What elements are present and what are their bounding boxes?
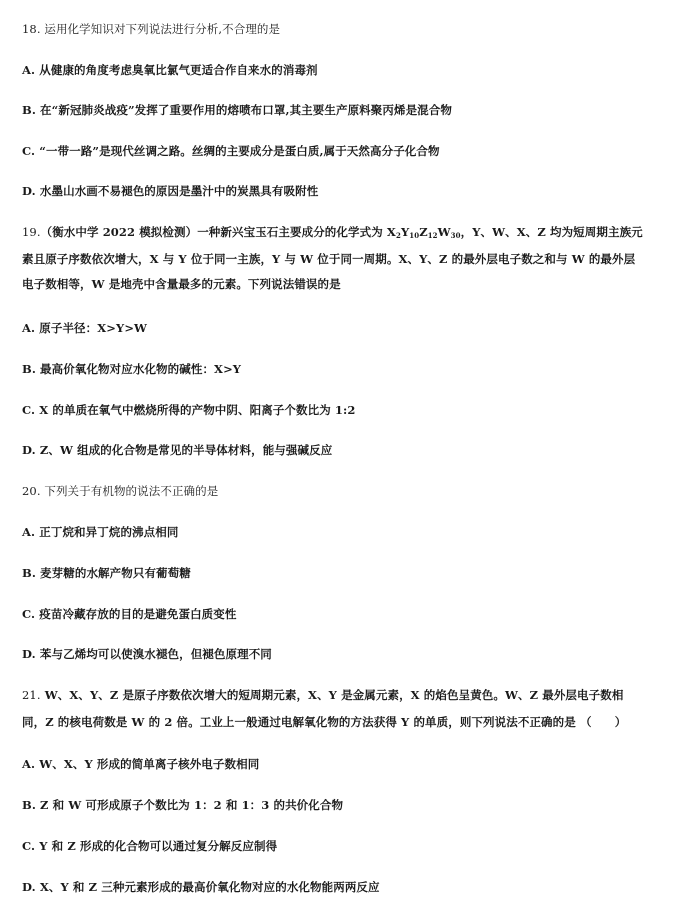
question-19-option-a: A. 原子半径：X>Y>W xyxy=(22,320,147,336)
option-label: C. xyxy=(22,839,35,853)
option-text: X 的单质在氧气中燃烧所得的产物中阴、阳离子个数比为 1:2 xyxy=(39,403,355,417)
question-21-option-b: B. Z 和 W 可形成原子个数比为 1：2 和 1：3 的共价化合物 xyxy=(22,797,343,813)
option-label: D. xyxy=(22,443,36,457)
question-19-option-c: C. X 的单质在氧气中燃烧所得的产物中阴、阳离子个数比为 1:2 xyxy=(22,402,355,418)
question-number: 20. xyxy=(22,484,41,498)
option-label: D. xyxy=(22,184,36,198)
option-text: W、X、Y 形成的简单离子核外电子数相同 xyxy=(39,757,259,771)
option-label: A. xyxy=(22,757,35,771)
option-label: B. xyxy=(22,566,36,580)
question-stem-text: （衡水中学 2022 模拟检测）一种新兴宝玉石主要成分的化学式为 xyxy=(41,225,387,239)
question-18-stem: 18. 运用化学知识对下列说法进行分析,不合理的是 xyxy=(22,21,280,37)
option-label: B. xyxy=(22,103,36,117)
option-label: C. xyxy=(22,607,35,621)
question-21-option-a: A. W、X、Y 形成的简单离子核外电子数相同 xyxy=(22,756,259,772)
option-text: “一带一路”是现代丝调之路。丝绸的主要成分是蛋白质,属于天然高分子化合物 xyxy=(39,144,439,158)
question-stem-text: W、X、Y、Z 是原子序数依次增大的短周期元素，X、Y 是金属元素，X 的焰色呈… xyxy=(45,688,624,702)
question-21-stem-line-1: 21. W、X、Y、Z 是原子序数依次增大的短周期元素，X、Y 是金属元素，X … xyxy=(22,687,623,703)
question-21-stem-line-2: 同，Z 的核电荷数是 W 的 2 倍。工业上一般通过电解氧化物的方法获得 Y 的… xyxy=(22,714,626,730)
option-label: A. xyxy=(22,525,35,539)
question-20-option-a: A. 正丁烷和异丁烷的沸点相同 xyxy=(22,524,178,540)
question-number: 21. xyxy=(22,688,41,702)
question-18-option-a: A. 从健康的角度考虑臭氧比氯气更适合作自来水的消毒剂 xyxy=(22,62,318,78)
option-text: 原子半径：X>Y>W xyxy=(39,321,147,335)
question-stem-text: 电子数相等，W 是地壳中含量最多的元素。下列说法错误的是 xyxy=(22,277,341,291)
option-text: X、Y 和 Z 三种元素形成的最高价氧化物对应的水化物能两两反应 xyxy=(40,880,380,894)
question-18-option-c: C. “一带一路”是现代丝调之路。丝绸的主要成分是蛋白质,属于天然高分子化合物 xyxy=(22,143,440,159)
option-label: C. xyxy=(22,403,35,417)
option-text: 麦芽糖的水解产物只有葡萄糖 xyxy=(40,566,191,580)
option-label: C. xyxy=(22,144,35,158)
option-label: B. xyxy=(22,362,36,376)
question-number: 18. xyxy=(22,22,41,36)
question-19-option-b: B. 最高价氧化物对应水化物的碱性：X>Y xyxy=(22,361,241,377)
option-text: Y 和 Z 形成的化合物可以通过复分解反应制得 xyxy=(39,839,277,853)
question-19-stem-line-2: 素且原子序数依次增大，X 与 Y 位于同一主族，Y 与 W 位于同一周期。X、Y… xyxy=(22,251,635,267)
option-text: Z 和 W 可形成原子个数比为 1：2 和 1：3 的共价化合物 xyxy=(40,798,343,812)
question-21-option-c: C. Y 和 Z 形成的化合物可以通过复分解反应制得 xyxy=(22,838,277,854)
question-stem-text: 素且原子序数依次增大，X 与 Y 位于同一主族，Y 与 W 位于同一周期。X、Y… xyxy=(22,252,635,266)
option-label: A. xyxy=(22,63,35,77)
question-21-option-d: D. X、Y 和 Z 三种元素形成的最高价氧化物对应的水化物能两两反应 xyxy=(22,879,380,895)
question-20-stem: 20. 下列关于有机物的说法不正确的是 xyxy=(22,483,218,499)
option-text: Z、W 组成的化合物是常见的半导体材料，能与强碱反应 xyxy=(40,443,332,457)
question-19-stem-line-1: 19.（衡水中学 2022 模拟检测）一种新兴宝玉石主要成分的化学式为 X2Y1… xyxy=(22,224,643,240)
option-label: D. xyxy=(22,647,36,661)
question-18-option-b: B. 在“新冠肺炎战疫”发挥了重要作用的熔喷布口罩,其主要生产原料聚丙烯是混合物 xyxy=(22,102,452,118)
question-20-option-c: C. 疫苗冷藏存放的目的是避免蛋白质变性 xyxy=(22,606,236,622)
option-text: 从健康的角度考虑臭氧比氯气更适合作自来水的消毒剂 xyxy=(39,63,317,77)
option-label: D. xyxy=(22,880,36,894)
option-text: 正丁烷和异丁烷的沸点相同 xyxy=(39,525,178,539)
chemical-formula: X2Y10Z12W30 xyxy=(387,225,461,239)
option-label: B. xyxy=(22,798,36,812)
option-text: 在“新冠肺炎战疫”发挥了重要作用的熔喷布口罩,其主要生产原料聚丙烯是混合物 xyxy=(40,103,452,117)
question-18-option-d: D. 水墨山水画不易褪色的原因是墨汁中的炭黑具有吸附性 xyxy=(22,183,318,199)
question-19-option-d: D. Z、W 组成的化合物是常见的半导体材料，能与强碱反应 xyxy=(22,442,332,458)
option-text: 最高价氧化物对应水化物的碱性：X>Y xyxy=(40,362,241,376)
question-number: 19. xyxy=(22,225,41,239)
option-label: A. xyxy=(22,321,35,335)
question-stem-text: ，Y、W、X、Z 均为短周期主族元 xyxy=(461,225,643,239)
question-stem-text: 运用化学知识对下列说法进行分析,不合理的是 xyxy=(44,22,280,36)
question-20-option-b: B. 麦芽糖的水解产物只有葡萄糖 xyxy=(22,565,191,581)
question-stem-text: 同，Z 的核电荷数是 W 的 2 倍。工业上一般通过电解氧化物的方法获得 Y 的… xyxy=(22,715,626,729)
option-text: 疫苗冷藏存放的目的是避免蛋白质变性 xyxy=(39,607,236,621)
option-text: 水墨山水画不易褪色的原因是墨汁中的炭黑具有吸附性 xyxy=(40,184,318,198)
question-19-stem-line-3: 电子数相等，W 是地壳中含量最多的元素。下列说法错误的是 xyxy=(22,276,341,292)
option-text: 苯与乙烯均可以使溴水褪色，但褪色原理不同 xyxy=(40,647,272,661)
question-20-option-d: D. 苯与乙烯均可以使溴水褪色，但褪色原理不同 xyxy=(22,646,272,662)
question-stem-text: 下列关于有机物的说法不正确的是 xyxy=(44,484,218,498)
